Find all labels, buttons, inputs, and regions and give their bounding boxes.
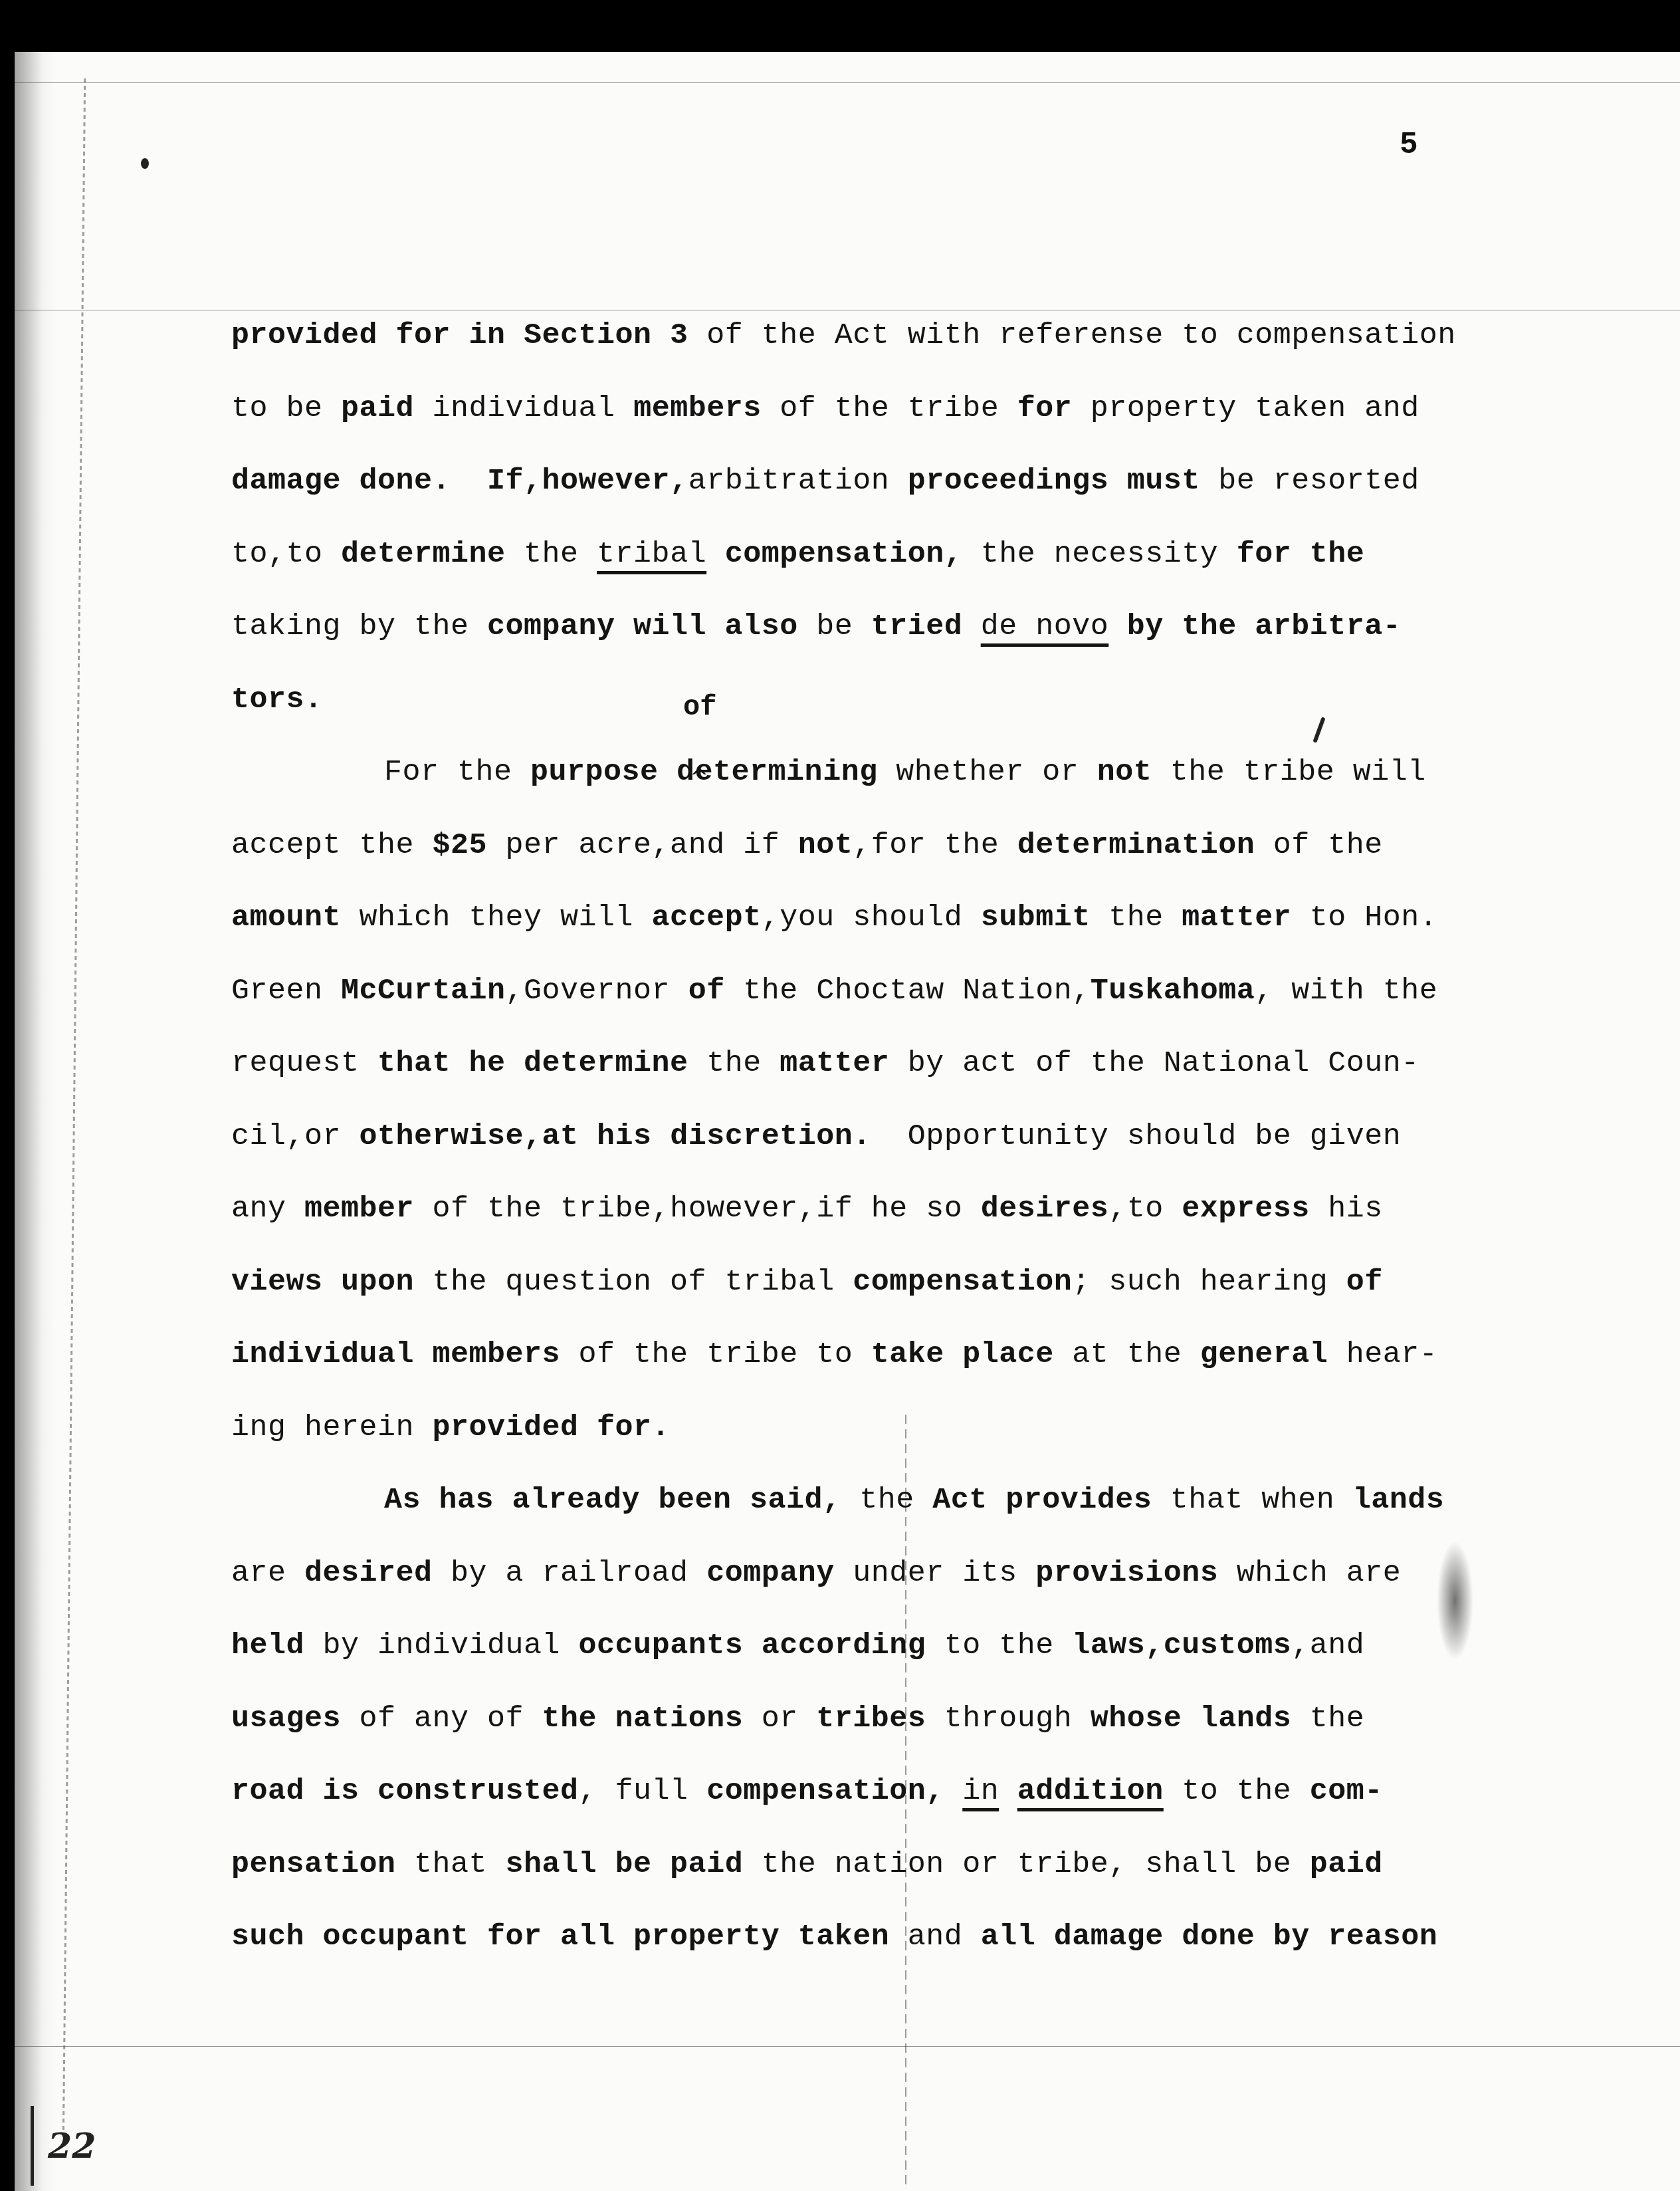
text-segment: shall be paid xyxy=(506,1847,744,1881)
text-segment: the tribe will xyxy=(1152,755,1426,789)
text-segment: whose lands xyxy=(1091,1702,1292,1736)
text-segment: provided for. xyxy=(433,1411,671,1444)
text-segment: by the arbitra- xyxy=(1108,610,1401,643)
text-segment: desired xyxy=(304,1556,433,1590)
text-segment: for in Section 3 xyxy=(396,318,707,352)
text-segment: the xyxy=(1091,901,1182,935)
text-segment: of the tribe to xyxy=(560,1337,871,1371)
text-segment: provided xyxy=(231,318,396,352)
text-segment: , with the xyxy=(1255,974,1437,1008)
text-segment: purpose xyxy=(530,755,659,789)
text-segment: cil,or xyxy=(231,1119,360,1153)
text-segment: proceedings must xyxy=(908,464,1200,498)
text-line: cil,or otherwise,at his discretion. Oppo… xyxy=(231,1113,1627,1187)
text-line: For the purpose determining whether or n… xyxy=(231,749,1627,822)
text-segment: , full xyxy=(579,1774,707,1808)
text-segment: of the Act with referense to compensatio… xyxy=(706,318,1456,352)
underlined-text: addition xyxy=(1017,1774,1164,1808)
corner-ink-mark xyxy=(31,2106,34,2186)
text-segment: McCurtain xyxy=(341,974,506,1008)
text-segment: company xyxy=(706,1556,835,1590)
text-line: damage done. If,however,arbitration proc… xyxy=(231,458,1627,531)
scan-top-border xyxy=(0,0,1680,52)
text-segment xyxy=(999,1774,1017,1808)
text-segment: matter xyxy=(1182,901,1291,935)
text-segment: damage done. If,however, xyxy=(231,464,688,498)
text-segment: at the xyxy=(1054,1337,1200,1371)
text-segment: arbitration xyxy=(688,464,908,498)
text-line: usages of any of the nations or tribes t… xyxy=(231,1696,1627,1769)
text-line: ing herein provided for. xyxy=(231,1405,1627,1478)
text-line: Green McCurtain,Governor of the Choctaw … xyxy=(231,968,1627,1041)
text-segment: compensation, xyxy=(706,537,962,571)
text-segment: the question of tribal xyxy=(414,1265,853,1299)
text-segment: tried xyxy=(871,610,963,643)
text-segment: request xyxy=(231,1046,377,1080)
text-line: pensation that shall be paid the nation … xyxy=(231,1841,1627,1914)
text-segment: matter xyxy=(780,1046,889,1080)
text-segment: road is construsted xyxy=(231,1774,579,1808)
text-segment: by a railroad xyxy=(433,1556,707,1590)
text-line: taking by the company will also be tried… xyxy=(231,604,1627,677)
underlined-text: de novo xyxy=(981,610,1109,643)
text-segment: are xyxy=(231,1556,304,1590)
body-text: provided for in Section 3 of the Act wit… xyxy=(231,312,1627,1987)
text-segment: accept the xyxy=(231,828,433,862)
text-segment: such occupant for all property taken xyxy=(231,1920,889,1954)
text-segment: be xyxy=(798,610,871,643)
text-segment: the xyxy=(688,1046,780,1080)
text-segment: compensation xyxy=(853,1265,1072,1299)
text-segment: usages xyxy=(231,1702,341,1736)
text-segment: by individual xyxy=(304,1629,579,1663)
text-line: are desired by a railroad company under … xyxy=(231,1550,1627,1623)
text-segment: under its xyxy=(835,1556,1036,1590)
text-segment: whether or xyxy=(878,755,1097,789)
text-segment: the xyxy=(1291,1702,1364,1736)
text-segment: submit xyxy=(981,901,1091,935)
text-segment: provisions xyxy=(1035,1556,1218,1590)
text-line: held by individual occupants according t… xyxy=(231,1623,1627,1696)
text-segment: $25 xyxy=(433,828,488,862)
text-segment: for the xyxy=(1237,537,1365,571)
text-segment: per acre,and if xyxy=(487,828,798,862)
text-segment: ,to xyxy=(1108,1192,1182,1226)
text-segment: or xyxy=(743,1702,816,1736)
text-segment: take place xyxy=(871,1337,1054,1371)
text-segment: member xyxy=(304,1192,414,1226)
text-segment: ing herein xyxy=(231,1411,433,1444)
text-segment: to the xyxy=(926,1629,1072,1663)
text-segment: for xyxy=(1017,392,1073,425)
text-segment: Green xyxy=(231,974,341,1008)
scan-edge-shadow xyxy=(15,52,54,2191)
text-segment: of xyxy=(688,974,725,1008)
text-segment: ,for the xyxy=(853,828,1017,862)
text-segment: ,Governor xyxy=(506,974,688,1008)
text-segment: of the tribe xyxy=(762,392,1017,425)
text-segment: occupants according xyxy=(579,1629,926,1663)
text-segment: desires xyxy=(981,1192,1109,1226)
text-segment: the Choctaw Nation, xyxy=(725,974,1091,1008)
text-line: amount which they will accept,you should… xyxy=(231,895,1627,968)
text-segment: be resorted xyxy=(1200,464,1419,498)
text-segment: ,and xyxy=(1291,1629,1364,1663)
text-segment: to,to xyxy=(231,537,341,571)
text-segment: company will also xyxy=(487,610,798,643)
underlined-text: in xyxy=(962,1774,999,1808)
text-segment: by act of the National Coun- xyxy=(889,1046,1419,1080)
text-line: request that he determine the matter by … xyxy=(231,1040,1627,1113)
text-segment: For the xyxy=(384,755,530,789)
text-segment: of any of xyxy=(341,1702,542,1736)
text-line: road is construsted, full compensation, … xyxy=(231,1768,1627,1841)
underlined-text: tribal xyxy=(597,537,706,571)
text-segment: individual xyxy=(231,1337,433,1371)
text-segment: determining xyxy=(677,755,878,789)
text-segment: hear- xyxy=(1328,1337,1437,1371)
ruled-line xyxy=(15,82,1680,83)
text-segment: tors. xyxy=(231,683,323,717)
text-line: to be paid individual members of the tri… xyxy=(231,386,1627,459)
text-segment: that xyxy=(396,1847,506,1881)
text-segment: all damage done by reason xyxy=(981,1920,1438,1954)
text-line: individual members of the tribe to take … xyxy=(231,1331,1627,1405)
text-segment: the necessity xyxy=(962,537,1237,571)
text-segment: paid xyxy=(341,392,414,425)
text-line: such occupant for all property taken and… xyxy=(231,1914,1627,1987)
text-segment: ,you should xyxy=(762,901,981,935)
text-segment: members xyxy=(433,1337,561,1371)
text-segment: his xyxy=(1310,1192,1383,1226)
text-segment: the xyxy=(841,1483,933,1517)
text-segment: otherwise,at his xyxy=(360,1119,652,1153)
text-segment: members xyxy=(633,392,762,425)
text-segment: of xyxy=(1346,1265,1383,1299)
text-segment: the nations xyxy=(542,1702,744,1736)
text-segment: paid xyxy=(1310,1847,1383,1881)
page-number: 5 xyxy=(1400,128,1418,162)
text-segment: which they will xyxy=(341,901,652,935)
text-line: As has already been said, the Act provid… xyxy=(231,1477,1627,1550)
text-line: any member of the tribe,however,if he so… xyxy=(231,1186,1627,1259)
text-segment: Opportunity should be given xyxy=(871,1119,1402,1153)
text-segment: individual xyxy=(414,392,633,425)
text-segment xyxy=(962,610,981,643)
text-segment: held xyxy=(231,1629,304,1663)
text-segment: property taken and xyxy=(1072,392,1419,425)
text-segment: not xyxy=(798,828,853,862)
text-segment: Tuskahoma xyxy=(1091,974,1255,1008)
text-segment: ; such hearing xyxy=(1072,1265,1346,1299)
text-segment: the xyxy=(506,537,597,571)
text-segment: that he determine xyxy=(377,1046,688,1080)
text-segment: determination xyxy=(1017,828,1255,862)
text-segment: express xyxy=(1182,1192,1310,1226)
text-segment: the nation or tribe, shall be xyxy=(743,1847,1310,1881)
text-segment: to Hon. xyxy=(1291,901,1437,935)
text-segment: general xyxy=(1200,1337,1328,1371)
text-segment: discretion. xyxy=(670,1119,871,1153)
text-segment xyxy=(659,755,677,789)
text-segment: accept xyxy=(652,901,762,935)
text-line: accept the $25 per acre,and if not,for t… xyxy=(231,822,1627,895)
text-segment: of the tribe,however,if he so xyxy=(414,1192,981,1226)
ruled-line xyxy=(15,2046,1680,2047)
margin-line xyxy=(62,78,86,2139)
text-segment: Act provides xyxy=(932,1483,1152,1517)
text-segment: that when xyxy=(1152,1483,1353,1517)
text-segment: laws,customs xyxy=(1072,1629,1291,1663)
text-segment: any xyxy=(231,1192,304,1226)
text-line: views upon the question of tribal compen… xyxy=(231,1259,1627,1332)
text-segment: compensation, xyxy=(706,1774,944,1808)
text-segment: lands xyxy=(1353,1483,1445,1517)
text-segment: which are xyxy=(1218,1556,1401,1590)
text-line: tors. xyxy=(231,677,1627,750)
text-segment: As has already been said, xyxy=(384,1483,841,1517)
corner-handwritten-mark: 22 xyxy=(48,2126,96,2166)
ruled-line xyxy=(15,310,1680,310)
text-segment: views upon xyxy=(231,1265,414,1299)
text-line: to,to determine the tribal compensation,… xyxy=(231,531,1627,604)
text-segment: to be xyxy=(231,392,341,425)
text-segment: through xyxy=(926,1702,1091,1736)
text-segment: com- xyxy=(1310,1774,1383,1808)
text-segment: tribes xyxy=(816,1702,926,1736)
speck xyxy=(141,158,149,169)
text-segment: determine xyxy=(341,537,506,571)
text-segment: pensation xyxy=(231,1847,396,1881)
text-segment: amount xyxy=(231,901,341,935)
text-segment: and xyxy=(889,1920,981,1954)
text-segment: to the xyxy=(1164,1774,1310,1808)
text-segment: of the xyxy=(1255,828,1383,862)
text-segment: not xyxy=(1097,755,1152,789)
text-segment xyxy=(652,1119,671,1153)
text-line: provided for in Section 3 of the Act wit… xyxy=(231,312,1627,386)
text-segment: taking by the xyxy=(231,610,487,643)
text-segment xyxy=(944,1774,963,1808)
